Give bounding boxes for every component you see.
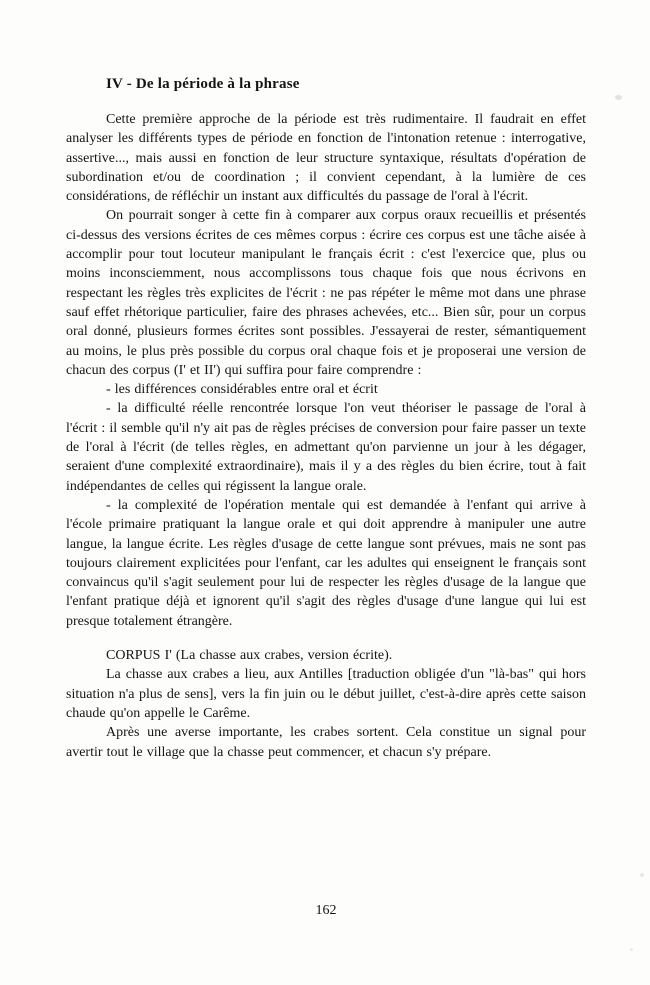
list-item: - la complexité de l'opération mentale q… — [66, 496, 586, 631]
scan-speck — [630, 948, 633, 951]
scan-speck — [615, 95, 622, 100]
list-item: - les différences considérables entre or… — [66, 380, 586, 399]
text-column: IV - De la période à la phrase Cette pre… — [66, 76, 586, 762]
scanned-book-page: IV - De la période à la phrase Cette pre… — [0, 0, 650, 985]
paragraph: On pourrait songer à cette fin à compare… — [66, 206, 586, 380]
scan-speck — [640, 873, 644, 877]
paragraph: La chasse aux crabes a lieu, aux Antille… — [66, 665, 586, 723]
page-number: 162 — [66, 903, 586, 919]
list-item: - la difficulté réelle rencontrée lorsqu… — [66, 399, 586, 495]
section-heading: IV - De la période à la phrase — [66, 76, 586, 93]
corpus-heading: CORPUS I' (La chasse aux crabes, version… — [66, 646, 586, 665]
page-body: Cette première approche de la période es… — [66, 110, 586, 762]
paragraph: Cette première approche de la période es… — [66, 110, 586, 206]
paragraph: Après une averse importante, les crabes … — [66, 723, 586, 762]
